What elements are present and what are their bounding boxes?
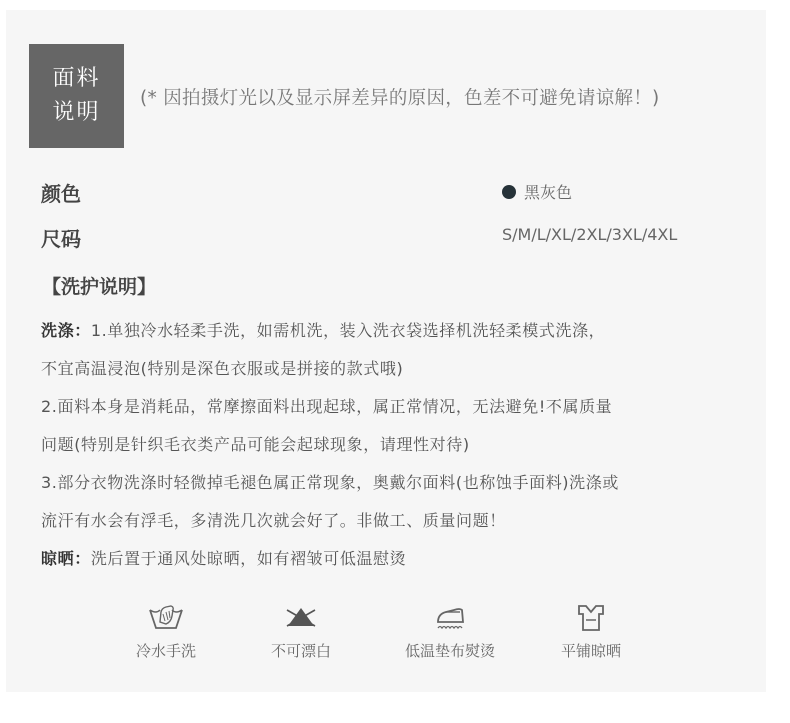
care-line-text: 不宜高温浸泡(特别是深色衣服或是拼接的款式哦) <box>41 359 403 378</box>
color-swatch-icon <box>502 185 516 199</box>
care-line-text: 流汗有水会有浮毛，多清洗几次就会好了。非做工、质量问题！ <box>41 511 506 530</box>
tag-line-2: 说明 <box>29 96 124 130</box>
care-line-prefix: 洗涤： <box>41 321 91 340</box>
tag-line-1: 面料 <box>29 62 124 96</box>
care-line: 流汗有水会有浮毛，多清洗几次就会好了。非做工、质量问题！ <box>41 502 761 540</box>
care-line: 3.部分衣物洗涤时轻微掉毛褪色属正常现象，奥戴尔面料(也称蚀手面料)洗涤或 <box>41 464 761 502</box>
care-icon-label: 平铺晾晒 <box>531 640 651 661</box>
color-label: 颜色 <box>41 178 81 207</box>
no-bleach-icon <box>281 602 321 632</box>
care-icon-dry-flat: 平铺晾晒 <box>531 602 651 661</box>
color-value: 黑灰色 <box>502 180 572 203</box>
care-line: 不宜高温浸泡(特别是深色衣服或是拼接的款式哦) <box>41 350 761 388</box>
dry-flat-icon <box>571 602 611 632</box>
color-difference-note: (* 因拍摄灯光以及显示屏差异的原因，色差不可避免请谅解！) <box>140 84 660 110</box>
care-line: 洗涤：1.单独冷水轻柔手洗，如需机洗，装入洗衣袋选择机洗轻柔模式洗涤， <box>41 312 761 350</box>
care-line-text: 1.单独冷水轻柔手洗，如需机洗，装入洗衣袋选择机洗轻柔模式洗涤， <box>91 321 605 340</box>
care-instructions-list: 洗涤：1.单独冷水轻柔手洗，如需机洗，装入洗衣袋选择机洗轻柔模式洗涤， 不宜高温… <box>41 312 761 578</box>
care-icons-row: 冷水手洗 不可漂白 低温垫布熨烫 平铺晾晒 <box>6 602 766 672</box>
care-icon-label: 不可漂白 <box>241 640 361 661</box>
care-line-text: 问题(特别是针织毛衣类产品可能会起球现象，请理性对待) <box>41 435 470 454</box>
care-line-text: 2.面料本身是消耗品，常摩擦面料出现起球，属正常情况，无法避免!不属质量 <box>41 397 612 416</box>
fabric-description-tag: 面料 说明 <box>29 44 124 148</box>
care-line-text: 3.部分衣物洗涤时轻微掉毛褪色属正常现象，奥戴尔面料(也称蚀手面料)洗涤或 <box>41 473 619 492</box>
care-line-text: 洗后置于通风处晾晒，如有褶皱可低温慰烫 <box>91 549 406 568</box>
low-iron-icon <box>430 602 470 632</box>
care-icon-label: 低温垫布熨烫 <box>390 640 510 661</box>
size-value: S/M/L/XL/2XL/3XL/4XL <box>502 225 677 244</box>
care-line: 晾晒：洗后置于通风处晾晒，如有褶皱可低温慰烫 <box>41 540 761 578</box>
fabric-info-panel: 面料 说明 (* 因拍摄灯光以及显示屏差异的原因，色差不可避免请谅解！) 颜色 … <box>6 10 766 692</box>
size-label: 尺码 <box>41 223 81 252</box>
care-instructions-title: 【洗护说明】 <box>42 272 156 299</box>
care-line: 问题(特别是针织毛衣类产品可能会起球现象，请理性对待) <box>41 426 761 464</box>
care-icon-low-iron: 低温垫布熨烫 <box>390 602 510 661</box>
care-icon-no-bleach: 不可漂白 <box>241 602 361 661</box>
care-icon-label: 冷水手洗 <box>106 640 226 661</box>
hand-wash-icon <box>146 602 186 632</box>
care-icon-hand-wash: 冷水手洗 <box>106 602 226 661</box>
color-name: 黑灰色 <box>524 183 572 202</box>
care-line: 2.面料本身是消耗品，常摩擦面料出现起球，属正常情况，无法避免!不属质量 <box>41 388 761 426</box>
care-line-prefix: 晾晒： <box>41 549 91 568</box>
